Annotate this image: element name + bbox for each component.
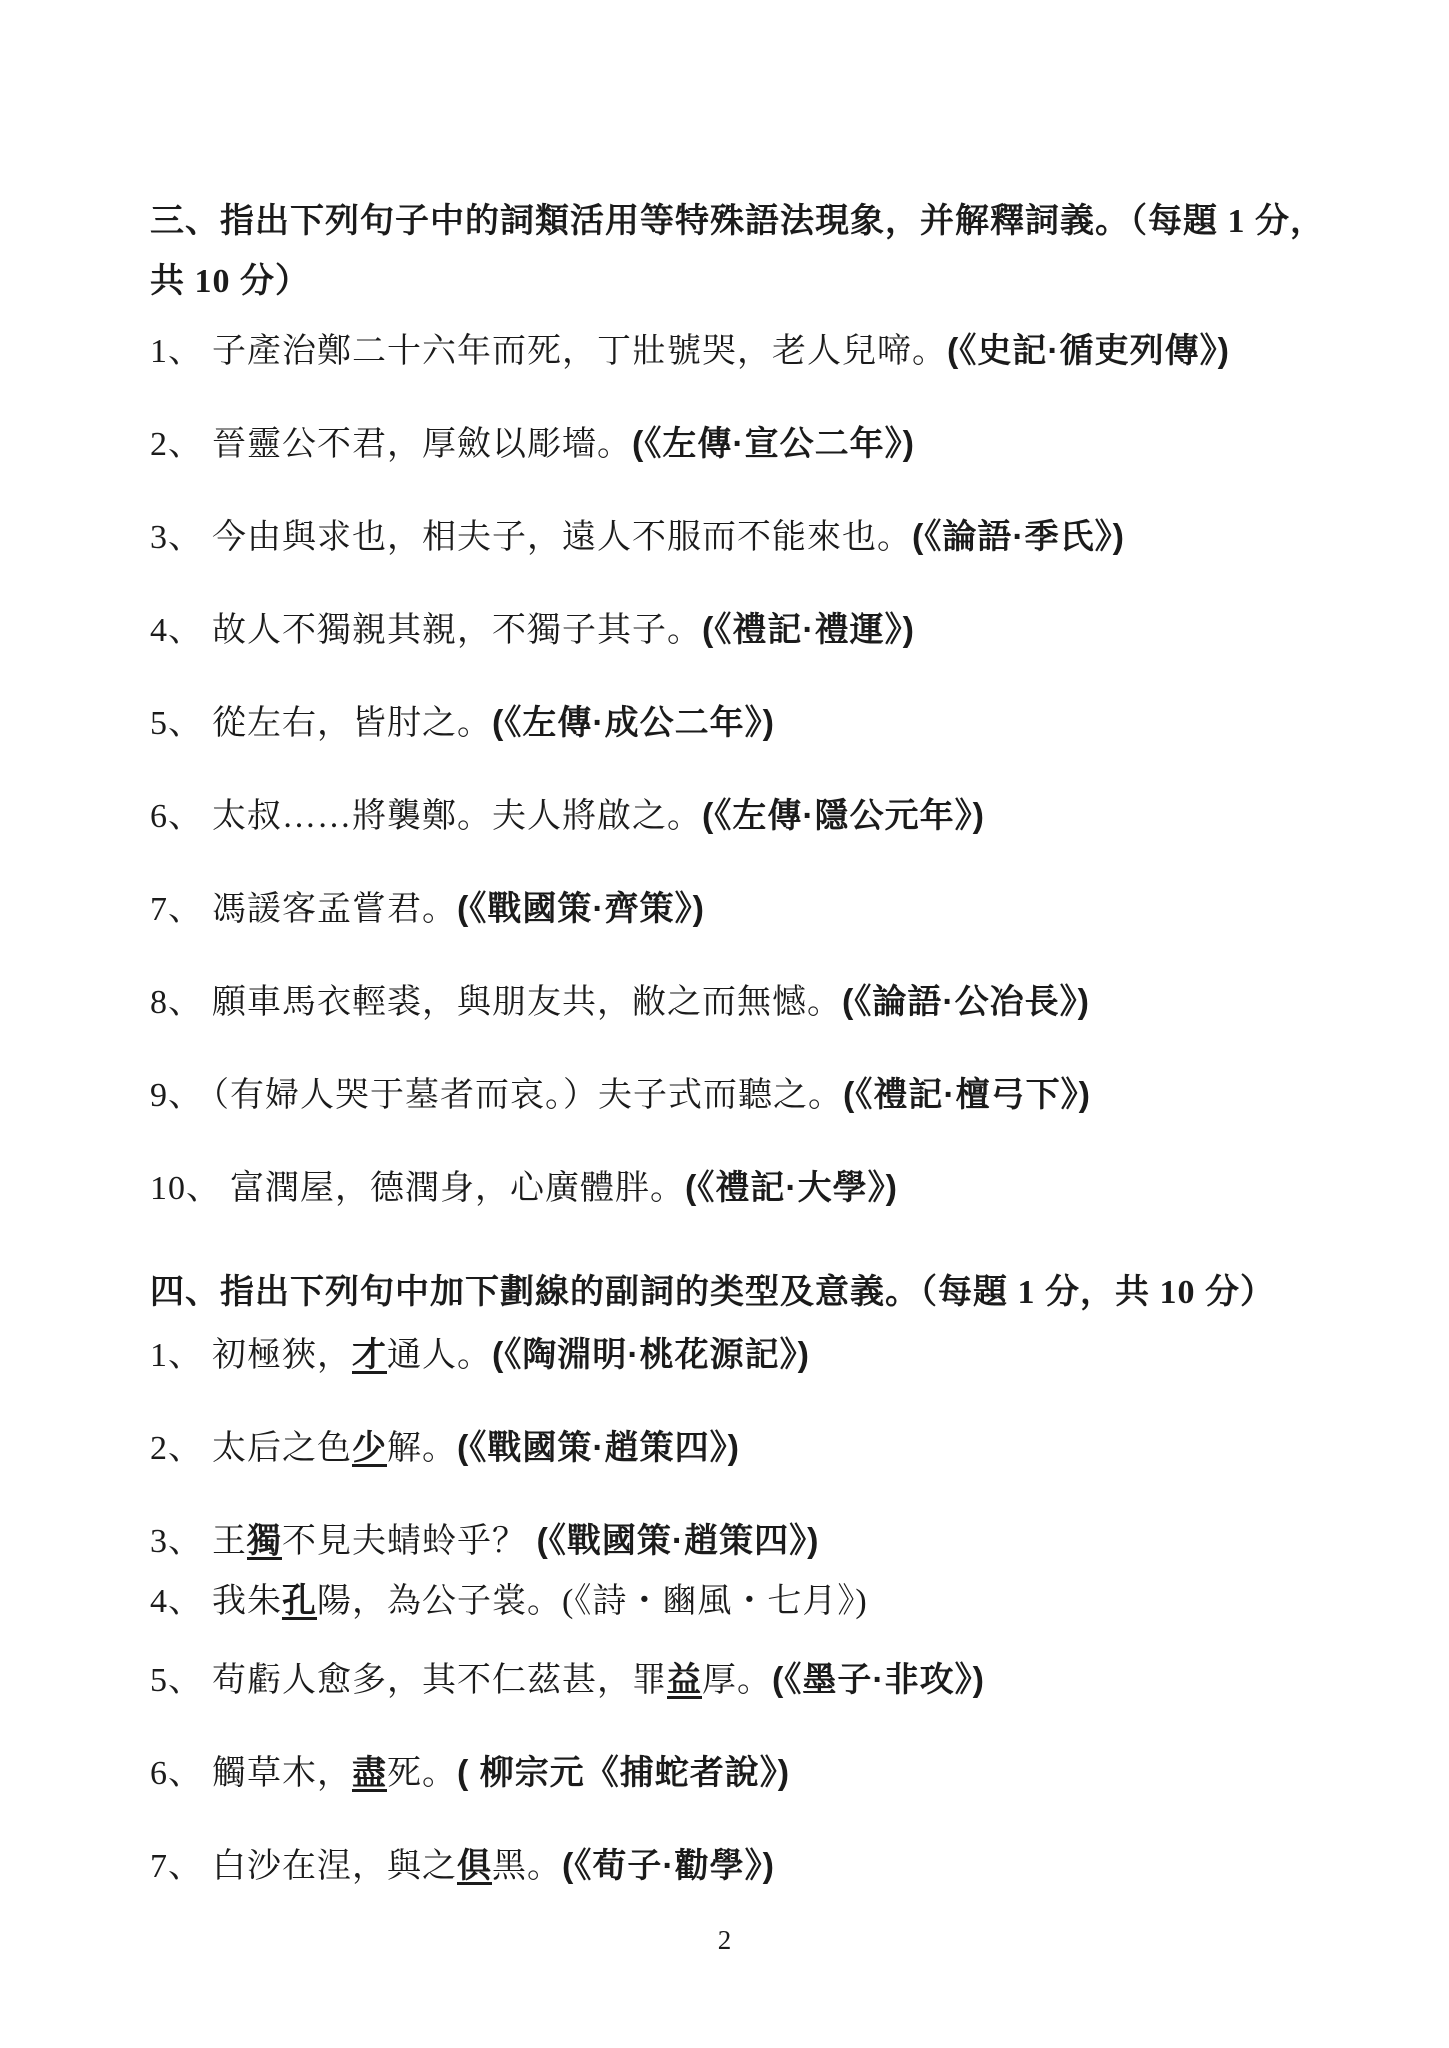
section4-item-1: 1、初極狹，才通人。(《陶淵明·桃花源記》)	[150, 1337, 1389, 1374]
underlined-adverb: 獨	[247, 1523, 282, 1560]
item-number: 7、	[150, 1848, 203, 1885]
item-text: 從左右，皆肘之。	[212, 705, 492, 742]
underlined-adverb: 才	[352, 1337, 387, 1374]
section3-item-2: 2、晉靈公不君，厚斂以彫墻。(《左傳·宣公二年》)	[150, 426, 1389, 463]
item-text: 願車馬衣輕裘，與朋友共，敝之而無憾。	[212, 984, 842, 1021]
item-number: 4、	[150, 612, 203, 649]
item-number: 6、	[150, 798, 203, 835]
item-number: 8、	[150, 984, 203, 1021]
section4-item-6: 6、觸草木，盡死。( 柳宗元《捕蛇者說》)	[150, 1755, 1389, 1792]
item-source: (《禮記·檀弓下》)	[843, 1076, 1091, 1114]
item-source: (《禮記·大學》)	[685, 1169, 898, 1207]
item-source: (《荀子·勸學》)	[562, 1847, 775, 1885]
underlined-adverb: 俱	[457, 1848, 492, 1885]
item-text: 黑。	[492, 1848, 562, 1885]
item-text: 今由與求也，相夫子，遠人不服而不能來也。	[212, 519, 912, 556]
underlined-adverb: 孔	[282, 1583, 317, 1620]
section4-item-7: 7、白沙在涅，與之俱黑。(《荀子·勸學》)	[150, 1848, 1389, 1885]
item-source: (《墨子·非攻》)	[772, 1661, 985, 1699]
item-number: 5、	[150, 1662, 203, 1699]
item-source: (《史記·循吏列傳》)	[947, 332, 1230, 370]
section3-item-1: 1、子產治鄭二十六年而死，丁壯號哭，老人兒啼。(《史記·循吏列傳》)	[150, 333, 1389, 370]
item-text: （有婦人哭于墓者而哀。）夫子式而聽之。	[212, 1077, 843, 1114]
item-text: 初極狹，	[212, 1337, 352, 1374]
item-number: 3、	[150, 1523, 203, 1560]
item-source: (《陶淵明·桃花源記》)	[492, 1336, 810, 1374]
section4-item-2: 2、太后之色少解。(《戰國策·趙策四》)	[150, 1430, 1389, 1467]
item-text: 富潤屋，德潤身，心廣體胖。	[230, 1170, 685, 1207]
item-number: 9、	[150, 1077, 203, 1114]
section3-item-6: 6、太叔……將襲鄭。夫人將啟之。(《左傳·隱公元年》)	[150, 798, 1389, 835]
item-text: 馮諼客孟嘗君。	[212, 891, 457, 928]
item-number: 1、	[150, 333, 203, 370]
underlined-adverb: 少	[352, 1430, 387, 1467]
item-text: 解。	[387, 1430, 457, 1467]
item-source: (《左傳·隱公元年》)	[702, 797, 985, 835]
item-text: 太叔……將襲鄭。夫人將啟之。	[212, 798, 702, 835]
item-text: 晉靈公不君，厚斂以彫墻。	[212, 426, 632, 463]
item-source: (《戰國策·趙策四》)	[537, 1522, 820, 1560]
item-source: (《左傳·宣公二年》)	[632, 425, 915, 463]
item-source: (《左傳·成公二年》)	[492, 704, 775, 742]
section3-item-10: 10、富潤屋，德潤身，心廣體胖。(《禮記·大學》)	[150, 1170, 1389, 1207]
section4-item-3: 3、王獨不見夫蜻蛉乎？ (《戰國策·趙策四》)	[150, 1523, 1389, 1560]
item-text: 觸草木，	[212, 1755, 352, 1792]
item-source: (《戰國策·趙策四》)	[457, 1429, 740, 1467]
section4-item-4: 4、我朱孔陽，為公子裳。(《詩・豳風・七月》)	[150, 1584, 1389, 1620]
item-text: 苟虧人愈多，其不仁茲甚，罪	[212, 1662, 667, 1699]
item-text: 我朱	[212, 1583, 282, 1620]
document-page: 三、指出下列句子中的詞類活用等特殊語法現象，并解釋詞義。（每題 1 分，共 10…	[0, 0, 1449, 2048]
item-source: (《戰國策·齊策》)	[457, 890, 705, 928]
section3-item-7: 7、馮諼客孟嘗君。(《戰國策·齊策》)	[150, 891, 1389, 928]
item-number: 2、	[150, 426, 203, 463]
item-text: 厚。	[702, 1662, 772, 1699]
section3-item-3: 3、今由與求也，相夫子，遠人不服而不能來也。(《論語·季氏》)	[150, 519, 1389, 556]
section3-heading: 三、指出下列句子中的詞類活用等特殊語法現象，并解釋詞義。（每題 1 分，共 10…	[150, 192, 1330, 311]
item-number: 7、	[150, 891, 203, 928]
item-source: ( 柳宗元《捕蛇者說》)	[457, 1754, 790, 1792]
item-text: 白沙在涅，與之	[212, 1848, 457, 1885]
section3-item-4: 4、故人不獨親其親，不獨子其子。(《禮記·禮運》)	[150, 612, 1389, 649]
item-text: 子產治鄭二十六年而死，丁壯號哭，老人兒啼。	[212, 333, 947, 370]
section3-item-9: 9、（有婦人哭于墓者而哀。）夫子式而聽之。(《禮記·檀弓下》)	[150, 1077, 1389, 1114]
item-text: 故人不獨親其親，不獨子其子。	[212, 612, 702, 649]
item-number: 2、	[150, 1430, 203, 1467]
item-text: 太后之色	[212, 1430, 352, 1467]
item-source: (《論語·季氏》)	[912, 518, 1125, 556]
item-text: 死。	[387, 1755, 457, 1792]
item-text: 王	[212, 1523, 247, 1560]
underlined-adverb: 盡	[352, 1755, 387, 1792]
page-number: 2	[0, 1925, 1449, 1956]
item-number: 4、	[150, 1583, 203, 1620]
item-number: 6、	[150, 1755, 203, 1792]
item-number: 5、	[150, 705, 203, 742]
item-text: 不見夫蜻蛉乎？	[282, 1523, 537, 1560]
item-text: 通人。	[387, 1337, 492, 1374]
section4-item-5: 5、苟虧人愈多，其不仁茲甚，罪益厚。(《墨子·非攻》)	[150, 1662, 1389, 1699]
item-number: 10、	[150, 1170, 221, 1207]
item-number: 1、	[150, 1337, 203, 1374]
item-source: (《禮記·禮運》)	[702, 611, 915, 649]
item-source: (《論語·公冶長》)	[842, 983, 1090, 1021]
section4-heading: 四、指出下列句中加下劃線的副詞的类型及意義。（每題 1 分，共 10 分）	[150, 1263, 1389, 1323]
item-number: 3、	[150, 519, 203, 556]
section3-item-8: 8、願車馬衣輕裘，與朋友共，敝之而無憾。(《論語·公冶長》)	[150, 984, 1389, 1021]
item-source: (《詩・豳風・七月》)	[562, 1583, 868, 1620]
item-text: 陽，為公子裳。	[317, 1583, 562, 1620]
section3-item-5: 5、從左右，皆肘之。(《左傳·成公二年》)	[150, 705, 1389, 742]
underlined-adverb: 益	[667, 1662, 702, 1699]
